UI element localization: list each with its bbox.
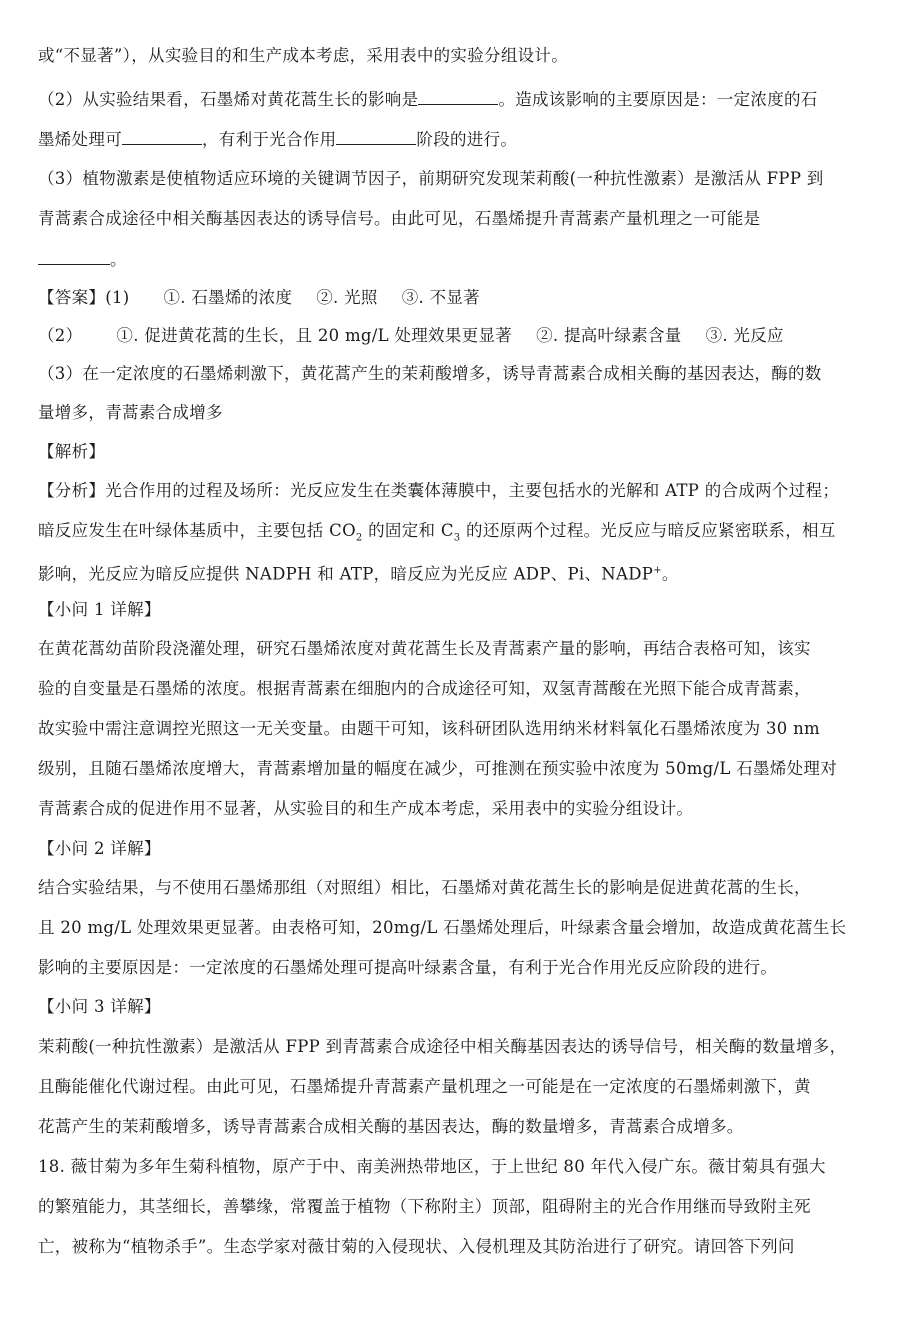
q2-detail-line: 结合实验结果，与不使用石墨烯那组（对照组）相比，石墨烯对黄花蒿生长的影响是促进黄… [38,877,811,899]
question-18-line: 的繁殖能力，其茎细长，善攀缘，常覆盖于植物（下称附主）顶部，阻碍附主的光合作用继… [38,1196,811,1218]
question-2-line: 墨烯处理可，有利于光合作用阶段的进行。 [38,128,517,151]
text-segment: 的还原两个过程。光反应与暗反应紧密联系，相互 [460,521,835,540]
q1-detail-line: 青蒿素合成的促进作用不显著，从实验目的和生产成本考虑，采用表中的实验分组设计。 [38,798,693,820]
analysis-line: 【分析】光合作用的过程及场所：光反应发生在类囊体薄膜中，主要包括水的光解和 AT… [38,480,839,502]
text-segment: 。 [662,565,679,584]
answer-blank [336,128,416,145]
answer-blank [418,88,498,105]
analysis-line: 暗反应发生在叶绿体基质中，主要包括 CO2 的固定和 C3 的还原两个过程。光反… [38,520,836,549]
q3-detail-line: 花蒿产生的茉莉酸增多，诱导青蒿素合成相关酶的基因表达，酶的数量增多，青蒿素合成增… [38,1116,744,1138]
answer-item: ③. 光反应 [706,326,784,345]
text-segment: 墨烯处理可 [38,130,122,149]
superscript: + [653,565,662,576]
answer-blank [122,128,202,145]
analysis-line: 影响，光反应为暗反应提供 NADPH 和 ATP，暗反应为光反应 ADP、Pi、… [38,560,679,586]
text-segment: 阶段的进行。 [416,130,517,149]
question-3-line: 青蒿素合成途径中相关酶基因表达的诱导信号。由此可见，石墨烯提升青蒿素产量机理之一… [38,208,760,230]
subscript: 2 [356,532,363,543]
answer-q-num: （2） [38,326,82,345]
answer-line-1: 【答案】(1)①. 石墨烯的浓度②. 光照③. 不显著 [38,287,480,309]
text-segment: 。造成该影响的主要原因是：一定浓度的石 [498,90,817,109]
answer-line-3: （3）在一定浓度的石墨烯刺激下，黄花蒿产生的茉莉酸增多，诱导青蒿素合成相关酶的基… [38,363,822,385]
question-3-line: 。 [38,248,127,271]
q1-detail-heading: 【小问 1 详解】 [38,599,161,621]
question-18-line: 亡，被称为“植物杀手”。生态学家对薇甘菊的入侵现状、入侵机理及其防治进行了研究。… [38,1236,795,1258]
q2-detail-line: 且 20 mg/L 处理效果更显著。由表格可知，20mg/L 石墨烯处理后，叶绿… [38,917,846,939]
text-line: 或“不显著”），从实验目的和生产成本考虑，采用表中的实验分组设计。 [38,45,568,67]
answer-item: ②. 提高叶绿素含量 [536,326,682,345]
question-3-line: （3）植物激素是使植物适应环境的关键调节因子，前期研究发现茉莉酸(一种抗性激素）… [38,168,824,190]
q3-detail-line: 且酶能催化代谢过程。由此可见，石墨烯提升青蒿素产量机理之一可能是在一定浓度的石墨… [38,1076,811,1098]
q1-detail-line: 验的自变量是石墨烯的浓度。根据青蒿素在细胞内的合成途径可知，双氢青蒿酸在光照下能… [38,678,811,700]
text-segment: 光合作用的过程及场所：光反应发生在类囊体薄膜中，主要包括水的光解和 ATP 的合… [105,481,839,500]
answer-line-2: （2）①. 促进黄花蒿的生长，且 20 mg/L 处理效果更显著②. 提高叶绿素… [38,325,784,347]
answer-item: ①. 石墨烯的浓度 [163,288,292,307]
text-segment: 影响，光反应为暗反应提供 NADPH 和 ATP，暗反应为光反应 ADP、Pi、… [38,565,653,584]
q1-detail-line: 级别，且随石墨烯浓度增大，青蒿素增加量的幅度在减少，可推测在预实验中浓度为 50… [38,758,837,780]
answer-line-3: 量增多，青蒿素合成增多 [38,402,223,424]
answer-item: ①. 促进黄花蒿的生长，且 20 mg/L 处理效果更显著 [116,326,512,345]
text-segment: 暗反应发生在叶绿体基质中，主要包括 CO [38,521,356,540]
question-2-line: （2）从实验结果看，石墨烯对黄花蒿生长的影响是。造成该影响的主要原因是：一定浓度… [38,88,818,111]
answer-blank [38,248,110,265]
q2-detail-heading: 【小问 2 详解】 [38,838,161,860]
q1-detail-line: 在黄花蒿幼苗阶段浇灌处理，研究石墨烯浓度对黄花蒿生长及青蒿素产量的影响，再结合表… [38,638,811,660]
q3-detail-line: 茉莉酸(一种抗性激素）是激活从 FPP 到青蒿素合成途径中相关酶基因表达的诱导信… [38,1036,846,1058]
q1-detail-line: 故实验中需注意调控光照这一无关变量。由题干可知，该科研团队选用纳米材料氧化石墨烯… [38,718,820,740]
answer-label: 【答案】 [38,288,105,307]
answer-item: ③. 不显著 [402,288,480,307]
text-segment: ，有利于光合作用 [202,130,336,149]
analysis-label: 【分析】 [38,481,105,500]
question-18-line: 18. 薇甘菊为多年生菊科植物，原产于中、南美洲热带地区，于上世纪 80 年代入… [38,1156,826,1178]
q2-detail-line: 影响的主要原因是：一定浓度的石墨烯处理可提高叶绿素含量，有利于光合作用光反应阶段… [38,957,777,979]
text-segment: 。 [110,250,127,269]
text-segment: （2）从实验结果看，石墨烯对黄花蒿生长的影响是 [38,90,418,109]
q3-detail-heading: 【小问 3 详解】 [38,996,161,1018]
analysis-heading: 【解析】 [38,441,105,463]
answer-q-num: (1) [105,288,129,307]
text-segment: 的固定和 C [363,521,454,540]
answer-item: ②. 光照 [316,288,378,307]
